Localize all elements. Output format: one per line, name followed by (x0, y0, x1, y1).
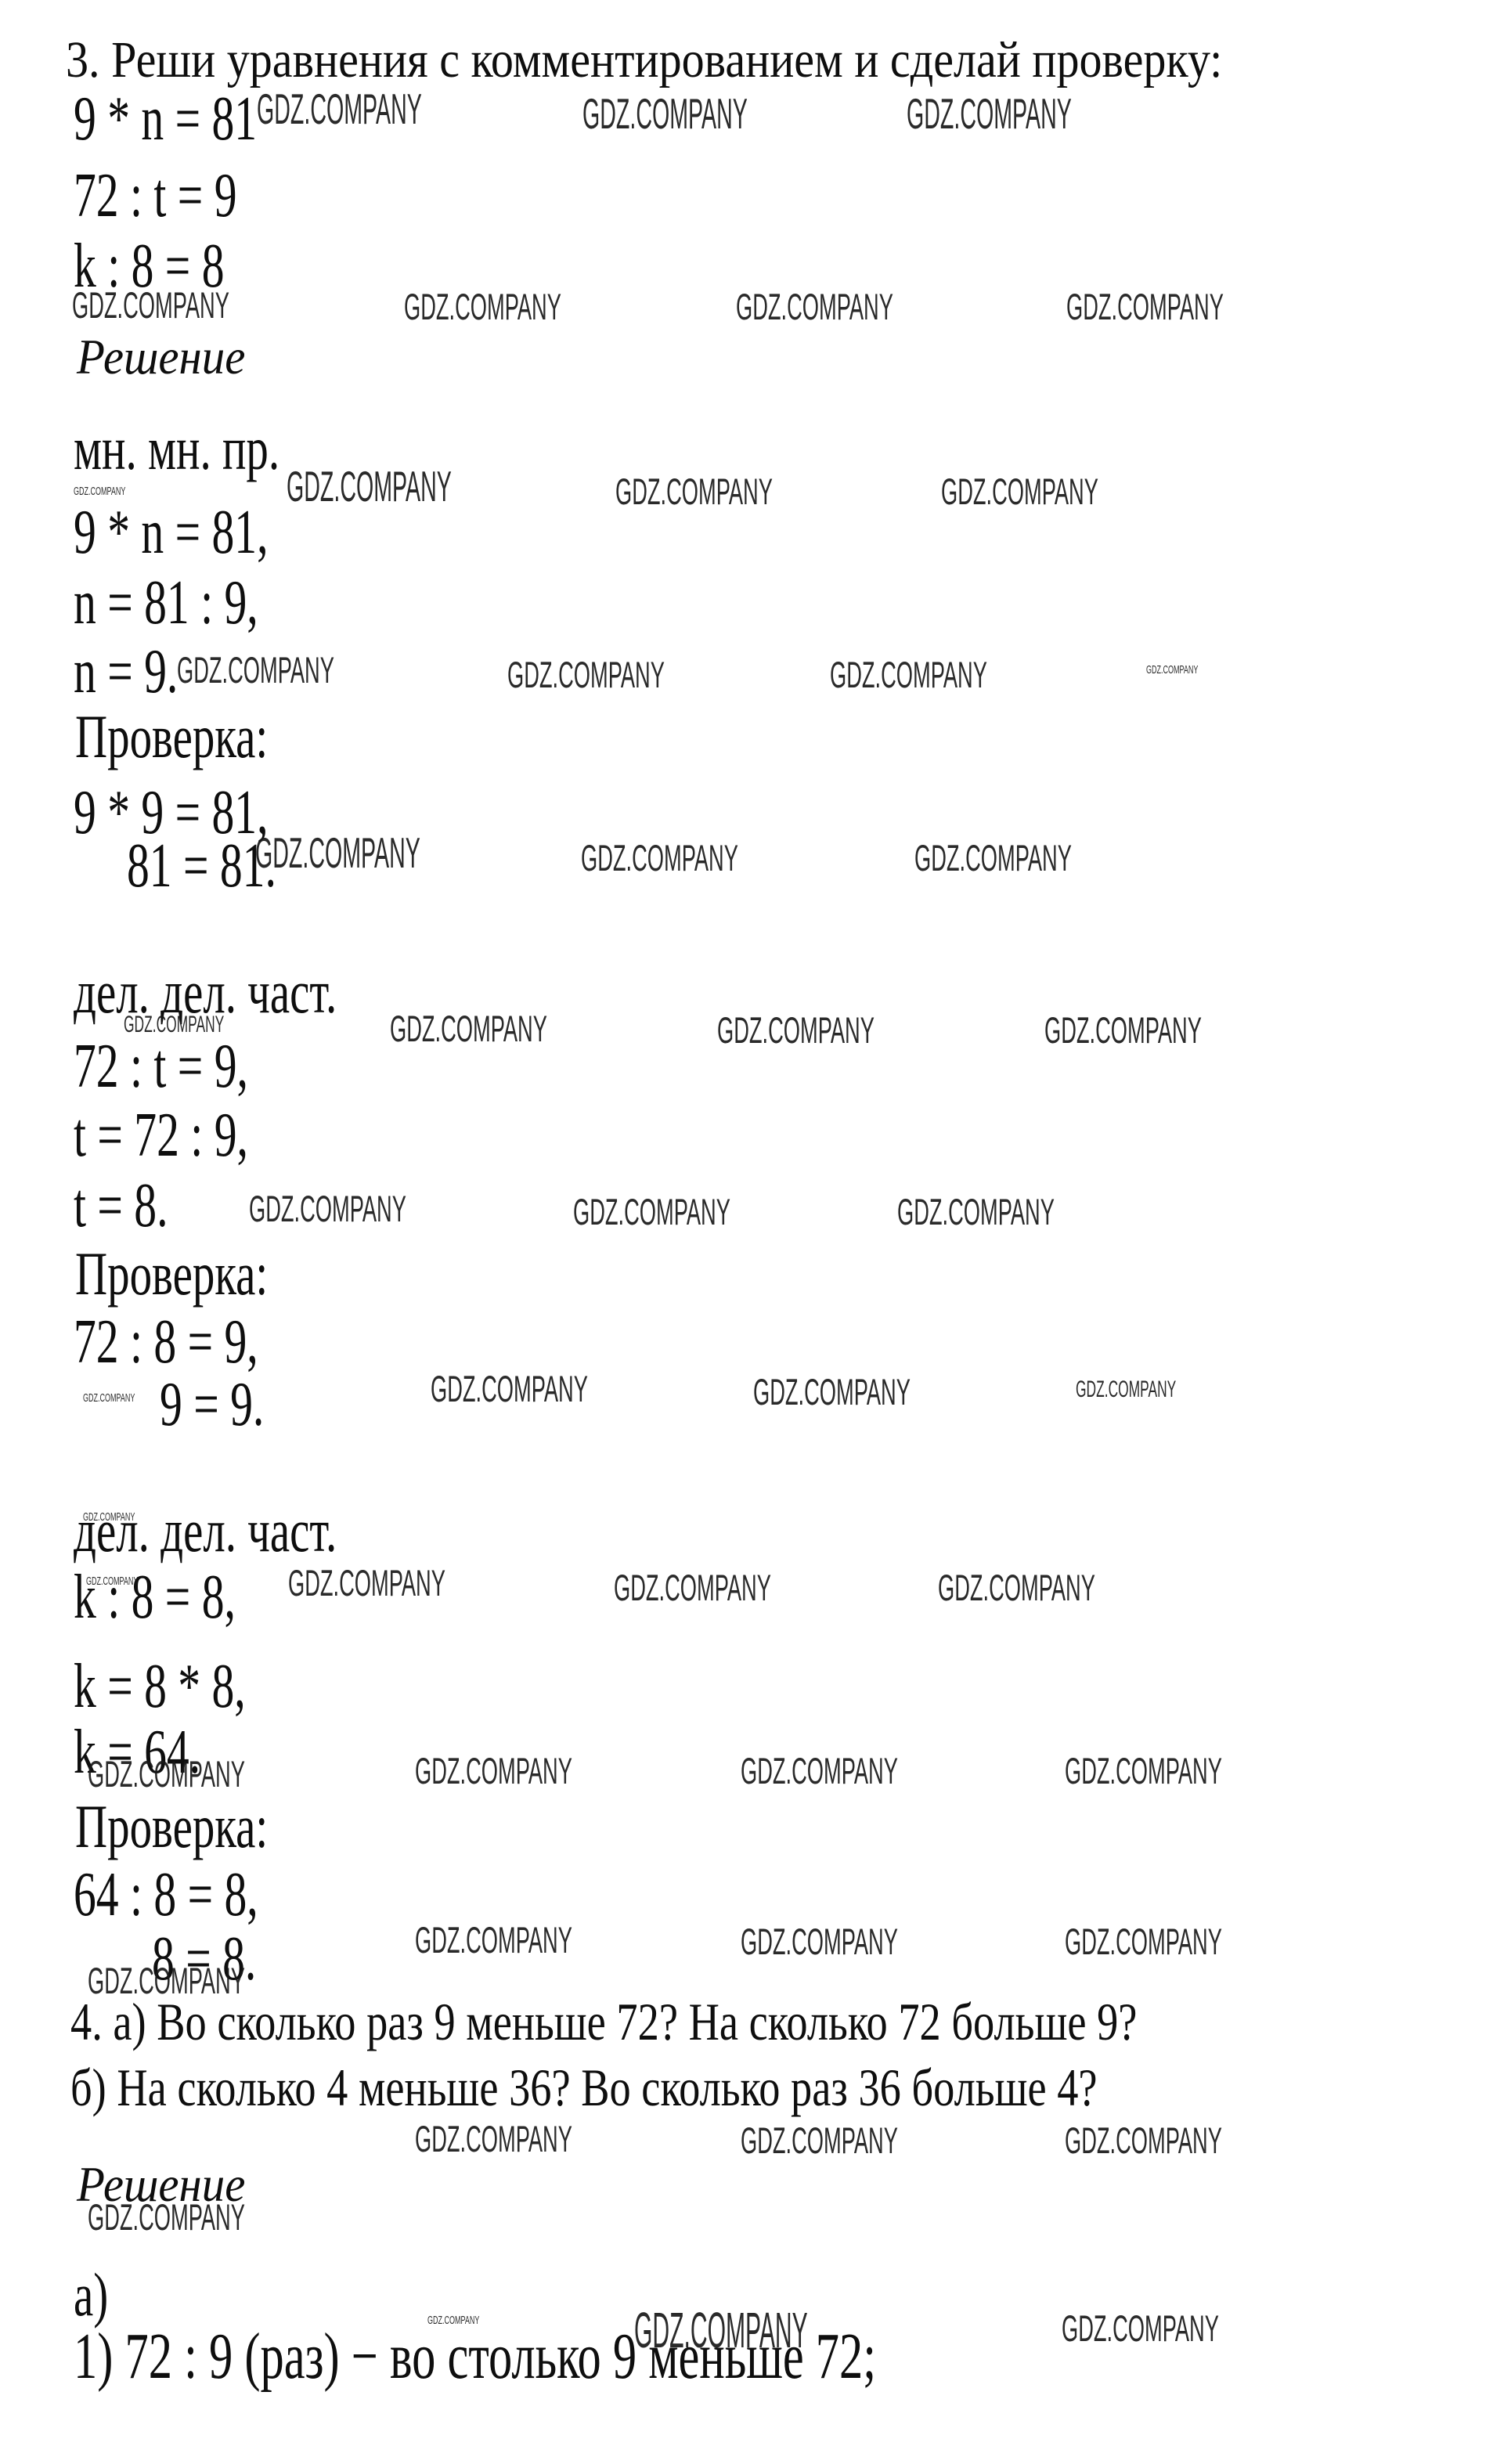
check-label: Проверка: (75, 706, 268, 767)
problem3-title: 3. Реши уравнения с комментированием и с… (66, 34, 1222, 86)
solution-step: t = 72 : 9, (74, 1104, 248, 1167)
gdz-watermark: GDZ.COMPANY (914, 839, 1072, 876)
gdz-watermark: GDZ.COMPANY (255, 832, 420, 875)
operation-comment: дел. дел. част. (74, 1500, 337, 1561)
check-step: 81 = 81. (127, 835, 276, 897)
gdz-watermark: GDZ.COMPANY (614, 1569, 771, 1606)
check-step: 72 : 8 = 9, (74, 1311, 258, 1373)
solution-step: n = 9. (74, 640, 178, 703)
gdz-watermark: GDZ.COMPANY (830, 656, 987, 693)
gdz-watermark: GDZ.COMPANY (427, 2314, 479, 2326)
gdz-watermark: GDZ.COMPANY (741, 1752, 898, 1789)
gdz-watermark: GDZ.COMPANY (415, 1921, 572, 1958)
gdz-watermark: GDZ.COMPANY (741, 2122, 898, 2159)
gdz-watermark: GDZ.COMPANY (1146, 664, 1198, 676)
check-label: Проверка: (75, 1243, 268, 1304)
solution-step: t = 8. (74, 1174, 168, 1237)
gdz-watermark: GDZ.COMPANY (88, 1755, 245, 1792)
check-label: Проверка: (75, 1796, 268, 1857)
gdz-watermark: GDZ.COMPANY (717, 1012, 875, 1048)
gdz-watermark: GDZ.COMPANY (507, 656, 665, 693)
gdz-watermark: GDZ.COMPANY (753, 1373, 911, 1410)
gdz-watermark: GDZ.COMPANY (124, 1013, 224, 1037)
gdz-watermark: GDZ.COMPANY (941, 473, 1098, 510)
gdz-watermark: GDZ.COMPANY (249, 1190, 406, 1227)
document-page: 3. Реши уравнения с комментированием и с… (0, 0, 1493, 2464)
gdz-watermark: GDZ.COMPANY (86, 1575, 138, 1587)
gdz-watermark: GDZ.COMPANY (573, 1193, 730, 1230)
gdz-watermark: GDZ.COMPANY (415, 1752, 572, 1789)
gdz-watermark: GDZ.COMPANY (634, 2305, 808, 2355)
gdz-watermark: GDZ.COMPANY (938, 1569, 1095, 1606)
solution-step: n = 81 : 9, (74, 572, 258, 634)
gdz-watermark: GDZ.COMPANY (582, 92, 748, 135)
gdz-watermark: GDZ.COMPANY (83, 1511, 135, 1523)
gdz-watermark: GDZ.COMPANY (736, 288, 893, 325)
gdz-watermark: GDZ.COMPANY (74, 485, 125, 497)
given-equation: 72 : t = 9 (74, 164, 236, 227)
operation-comment: мн. мн. пр. (74, 418, 279, 479)
gdz-watermark: GDZ.COMPANY (404, 288, 561, 325)
gdz-watermark: GDZ.COMPANY (907, 92, 1072, 135)
solution-step: 72 : t = 9, (74, 1035, 248, 1098)
problem4-question-b: б) На сколько 4 меньше 36? Во сколько ра… (70, 2061, 1098, 2114)
gdz-watermark: GDZ.COMPANY (615, 473, 773, 510)
gdz-watermark: GDZ.COMPANY (1065, 2122, 1222, 2159)
gdz-watermark: GDZ.COMPANY (1065, 1923, 1222, 1960)
gdz-watermark: GDZ.COMPANY (1076, 1378, 1176, 1402)
gdz-watermark: GDZ.COMPANY (288, 1564, 445, 1601)
gdz-watermark: GDZ.COMPANY (1065, 1752, 1222, 1789)
check-step: 64 : 8 = 8, (74, 1863, 258, 1926)
check-step: 9 = 9. (160, 1373, 264, 1436)
gdz-watermark: GDZ.COMPANY (287, 465, 452, 508)
gdz-watermark: GDZ.COMPANY (415, 2120, 572, 2157)
gdz-watermark: GDZ.COMPANY (257, 88, 422, 131)
gdz-watermark: GDZ.COMPANY (581, 839, 738, 876)
solution-step: 9 * n = 81, (74, 501, 268, 564)
part-a-label: а) (74, 2264, 108, 2325)
solution-step: k = 8 * 8, (74, 1655, 246, 1718)
gdz-watermark: GDZ.COMPANY (83, 1392, 135, 1404)
gdz-watermark: GDZ.COMPANY (1066, 288, 1224, 325)
gdz-watermark: GDZ.COMPANY (88, 2199, 245, 2235)
gdz-watermark: GDZ.COMPANY (431, 1370, 588, 1407)
gdz-watermark: GDZ.COMPANY (1044, 1012, 1202, 1048)
gdz-watermark: GDZ.COMPANY (1062, 2310, 1219, 2347)
problem4-question-a: 4. а) Во сколько раз 9 меньше 72? На ско… (70, 1995, 1137, 2048)
gdz-watermark: GDZ.COMPANY (177, 651, 334, 688)
given-equation: 9 * n = 81 (74, 88, 257, 150)
gdz-watermark: GDZ.COMPANY (88, 1962, 245, 1999)
gdz-watermark: GDZ.COMPANY (390, 1010, 547, 1047)
gdz-watermark: GDZ.COMPANY (897, 1193, 1055, 1230)
solution-label: Решение (77, 332, 245, 382)
gdz-watermark: GDZ.COMPANY (72, 287, 229, 323)
gdz-watermark: GDZ.COMPANY (741, 1923, 898, 1960)
